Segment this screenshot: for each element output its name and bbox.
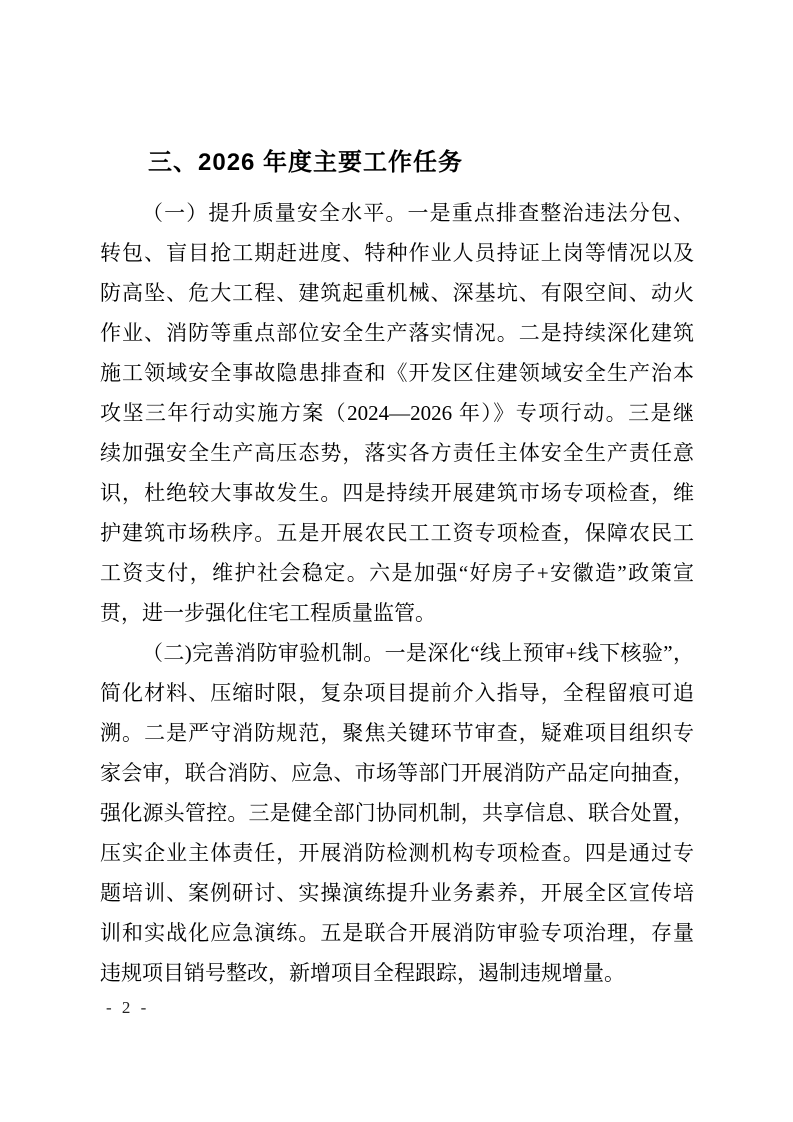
body-line: 贯，进一步强化住宅工程质量监管。 [100, 593, 694, 633]
body-line: 溯。二是严守消防规范，聚焦关键环节审查，疑难项目组织专 [100, 713, 694, 753]
body-line: 作业、消防等重点部位安全生产落实情况。二是持续深化建筑 [100, 313, 694, 353]
paragraph-1: （一）提升质量安全水平。一是重点排查整治违法分包、 转包、盲目抢工期赶进度、特种… [100, 193, 694, 633]
body-line: 续加强安全生产高压态势，落实各方责任主体安全生产责任意 [100, 433, 694, 473]
page-number: - 2 - [106, 997, 149, 1019]
body-line: 防高坠、危大工程、建筑起重机械、深基坑、有限空间、动火 [100, 273, 694, 313]
body-line: 识，杜绝较大事故发生。四是持续开展建筑市场专项检查，维 [100, 473, 694, 513]
body-line: 家会审，联合消防、应急、市场等部门开展消防产品定向抽查， [100, 753, 694, 793]
paragraph-2: （二)完善消防审验机制。一是深化“线上预审+线下核验”， 简化材料、压缩时限，复… [100, 633, 694, 993]
body-line: （一）提升质量安全水平。一是重点排查整治违法分包、 [100, 193, 694, 233]
document-page: 三、2026 年度主要工作任务 （一）提升质量安全水平。一是重点排查整治违法分包… [0, 0, 793, 1122]
body-line: 强化源头管控。三是健全部门协同机制，共享信息、联合处置， [100, 793, 694, 833]
body-line: 压实企业主体责任，开展消防检测机构专项检查。四是通过专 [100, 833, 694, 873]
body-line: 工资支付，维护社会稳定。六是加强“好房子+安徽造”政策宣 [100, 553, 694, 593]
document-body: 三、2026 年度主要工作任务 （一）提升质量安全水平。一是重点排查整治违法分包… [100, 147, 694, 993]
section-heading: 三、2026 年度主要工作任务 [100, 147, 694, 179]
body-line: 训和实战化应急演练。五是联合开展消防审验专项治理，存量 [100, 913, 694, 953]
body-line: 题培训、案例研讨、实操演练提升业务素养，开展全区宣传培 [100, 873, 694, 913]
body-line: （二)完善消防审验机制。一是深化“线上预审+线下核验”， [100, 633, 694, 673]
body-line: 攻坚三年行动实施方案（2024—2026 年）》专项行动。三是继 [100, 393, 694, 433]
body-line: 护建筑市场秩序。五是开展农民工工资专项检查，保障农民工 [100, 513, 694, 553]
body-line: 转包、盲目抢工期赶进度、特种作业人员持证上岗等情况以及 [100, 233, 694, 273]
body-line: 施工领域安全事故隐患排查和《开发区住建领域安全生产治本 [100, 353, 694, 393]
body-line: 违规项目销号整改，新增项目全程跟踪，遏制违规增量。 [100, 953, 694, 993]
body-line: 简化材料、压缩时限，复杂项目提前介入指导，全程留痕可追 [100, 673, 694, 713]
